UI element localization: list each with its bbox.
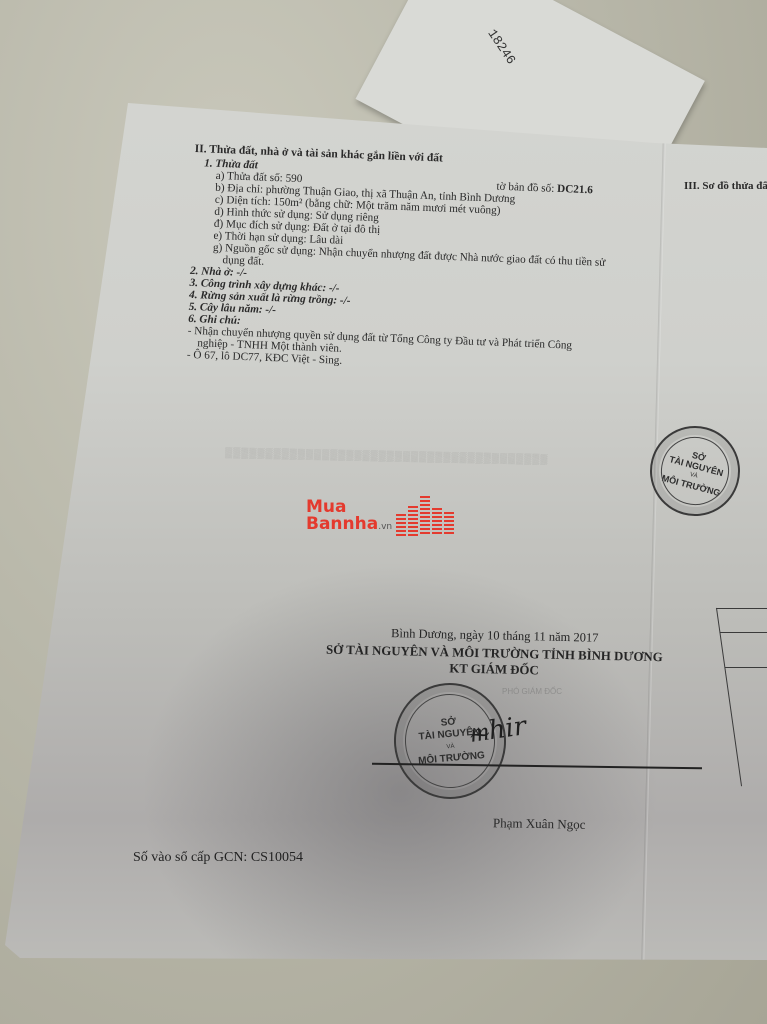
section-2-land-details: II. Thửa đất, nhà ở và tài sản khác gắn …	[187, 143, 645, 378]
seal-text-so: SỞ	[440, 716, 456, 729]
watermark-suffix: .vn	[378, 522, 392, 532]
map-sheet-value: DC21.6	[557, 183, 593, 196]
deputy-director-label: PHÓ GIÁM ĐỐC	[502, 687, 562, 696]
signature-block: Bình Dương, ngày 10 tháng 11 năm 2017 SỞ…	[299, 624, 690, 682]
seal-text-moi-truong: MÔI TRƯỜNG	[661, 473, 722, 498]
diagram-table-line	[716, 608, 767, 609]
signer-name: Phạm Xuân Ngọc	[493, 815, 586, 833]
handwritten-signature: ᵯhir	[468, 711, 528, 749]
gcn-registry-number: Số vào sổ cấp GCN: CS10054	[133, 850, 303, 866]
diagram-table-border	[716, 608, 742, 786]
seal-text-so: SỞ	[691, 450, 707, 463]
seal-text-va: VÀ	[446, 741, 455, 754]
seal-text-tai-nguyen: TÀI NGUYÊN	[668, 454, 724, 478]
faint-bleed-through-text: ▒▒▒▒▒▒▒▒▒▒▒▒▒▒▒▒▒▒▒▒▒▒▒▒▒▒▒▒▒▒▒▒▒▒▒▒▒▒▒▒	[225, 448, 645, 468]
serial-number: 18246	[484, 27, 518, 68]
muabannha-watermark: Mua Bannha.vn	[306, 496, 454, 536]
building-logo-icon	[396, 496, 454, 536]
watermark-line-2: Bannha	[306, 514, 378, 534]
hand-shadow	[140, 560, 660, 980]
seal-text-va: VÀ	[689, 470, 699, 482]
section-3-title: III. Sơ đồ thửa đất	[684, 180, 767, 192]
certificate-page: II. Thửa đất, nhà ở và tài sản khác gắn …	[0, 0, 767, 1024]
map-sheet-label: tờ bản đồ số:	[496, 181, 554, 195]
diagram-table-line	[720, 632, 767, 633]
page-fold	[641, 140, 665, 960]
diagram-table-line	[725, 667, 767, 668]
watermark-text: Mua Bannha.vn	[306, 499, 392, 536]
